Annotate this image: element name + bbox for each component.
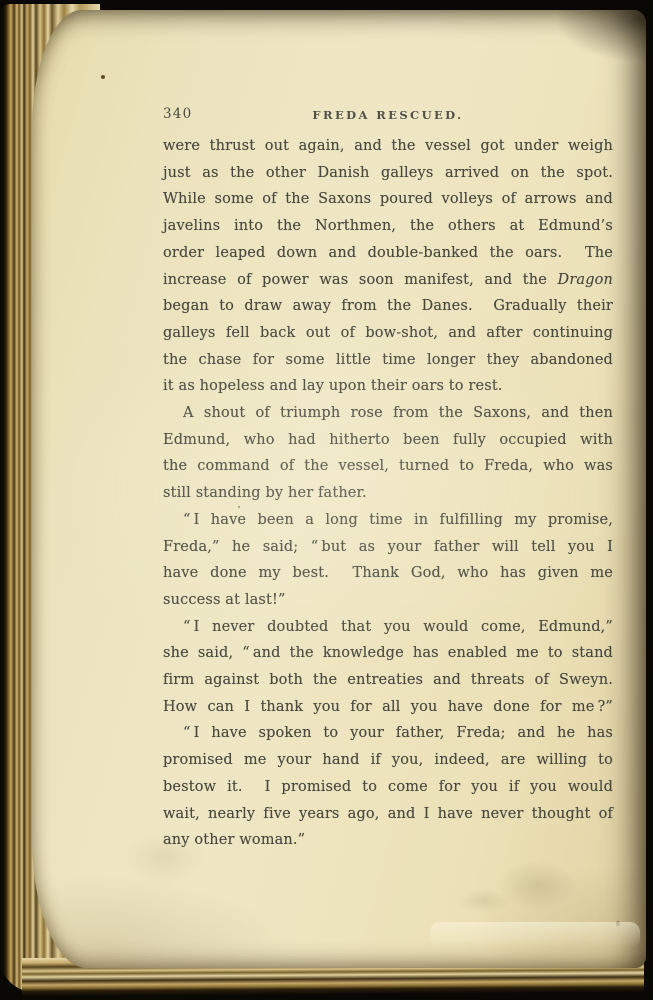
text-segment: How can I thank you for all you have don…: [163, 699, 613, 715]
text-line: just as the other Danish galleys arrived…: [163, 160, 613, 187]
text-segment: javelins into the Northmen, the others a…: [163, 218, 613, 234]
book-scan-scene: 340 FREDA RESCUED. were thrust out again…: [0, 0, 653, 1000]
text-line: A shout of triumph rose from the Saxons,…: [163, 400, 613, 427]
text-segment: any other woman.”: [163, 832, 305, 848]
text-line: promised me your hand if you, indeed, ar…: [163, 747, 613, 774]
text-line: have done my best. Thank God, who has gi…: [163, 560, 613, 587]
text-segment: she said, “ and the knowledge has enable…: [163, 645, 613, 661]
text-segment: galleys fell back out of bow-shot, and a…: [163, 325, 613, 341]
text-line: the chase for some little time longer th…: [163, 347, 613, 374]
text-line: began to draw away from the Danes. Gradu…: [163, 293, 613, 320]
text-segment: increase of power was soon manifest, and…: [163, 272, 558, 288]
page-header: 340 FREDA RESCUED.: [163, 106, 613, 126]
text-line: While some of the Saxons poured volleys …: [163, 186, 613, 213]
text-segment: Freda,” he said; “ but as your father wi…: [163, 539, 613, 555]
text-line: Edmund, who had hitherto been fully occu…: [163, 427, 613, 454]
text-segment: firm against both the entreaties and thr…: [163, 672, 613, 688]
text-line: any other woman.”: [163, 827, 613, 854]
italic-text: Dragon: [558, 272, 613, 288]
paper-speck: [101, 75, 105, 79]
text-segment: “ I have spoken to your father, Freda; a…: [183, 725, 613, 741]
text-segment: it as hopeless and lay upon their oars t…: [163, 378, 503, 394]
text-segment: “ I never doubted that you would come, E…: [183, 619, 613, 635]
text-segment: While some of the Saxons poured volleys …: [163, 191, 613, 207]
text-line: bestow it. I promised to come for you if…: [163, 774, 613, 801]
paragraph: “ I never doubted that you would come, E…: [163, 614, 613, 721]
text-line: galleys fell back out of bow-shot, and a…: [163, 320, 613, 347]
text-segment: wait, nearly five years ago, and I have …: [163, 806, 613, 822]
text-line: firm against both the entreaties and thr…: [163, 667, 613, 694]
text-line: the command of the vessel, turned to Fre…: [163, 453, 613, 480]
text-line: still standing by her father.: [163, 480, 613, 507]
text-segment: bestow it. I promised to come for you if…: [163, 779, 613, 795]
text-segment: Edmund, who had hitherto been fully occu…: [163, 432, 613, 448]
text-segment: still standing by her father.: [163, 485, 367, 501]
text-line: javelins into the Northmen, the others a…: [163, 213, 613, 240]
text-line: increase of power was soon manifest, and…: [163, 267, 613, 294]
text-line: wait, nearly five years ago, and I have …: [163, 801, 613, 828]
text-segment: began to draw away from the Danes. Gradu…: [163, 298, 613, 314]
text-line: “ I have spoken to your father, Freda; a…: [163, 720, 613, 747]
paragraph: “ I have been a long time in fulfilling …: [163, 507, 613, 614]
text-segment: have done my best. Thank God, who has gi…: [163, 565, 613, 581]
text-line: “ I have been a long time in fulfilling …: [163, 507, 613, 534]
paragraph: A shout of triumph rose from the Saxons,…: [163, 400, 613, 507]
text-line: “ I never doubted that you would come, E…: [163, 614, 613, 641]
text-line: How can I thank you for all you have don…: [163, 694, 613, 721]
text-segment: order leaped down and double-banked the …: [163, 245, 613, 261]
page-text: were thrust out again, and the vessel go…: [163, 133, 613, 854]
text-segment: success at last!”: [163, 592, 286, 608]
text-segment: just as the other Danish galleys arrived…: [163, 165, 613, 181]
paper-speck: [616, 921, 620, 926]
book-page: 340 FREDA RESCUED. were thrust out again…: [32, 10, 646, 968]
text-segment: promised me your hand if you, indeed, ar…: [163, 752, 613, 768]
text-line: success at last!”: [163, 587, 613, 614]
text-segment: “ I have been a long time in fulfilling …: [183, 512, 613, 528]
paragraph: were thrust out again, and the vessel go…: [163, 133, 613, 400]
paragraph: “ I have spoken to your father, Freda; a…: [163, 720, 613, 854]
text-segment: were thrust out again, and the vessel go…: [163, 138, 613, 154]
paper-speck: [238, 506, 240, 508]
text-line: it as hopeless and lay upon their oars t…: [163, 373, 613, 400]
running-header: FREDA RESCUED.: [163, 106, 613, 122]
text-line: were thrust out again, and the vessel go…: [163, 133, 613, 160]
text-line: order leaped down and double-banked the …: [163, 240, 613, 267]
text-line: she said, “ and the knowledge has enable…: [163, 640, 613, 667]
text-segment: A shout of triumph rose from the Saxons,…: [183, 405, 613, 421]
page-number: 340: [163, 106, 192, 122]
text-line: Freda,” he said; “ but as your father wi…: [163, 534, 613, 561]
text-segment: the chase for some little time longer th…: [163, 352, 613, 368]
text-segment: the command of the vessel, turned to Fre…: [163, 458, 613, 474]
